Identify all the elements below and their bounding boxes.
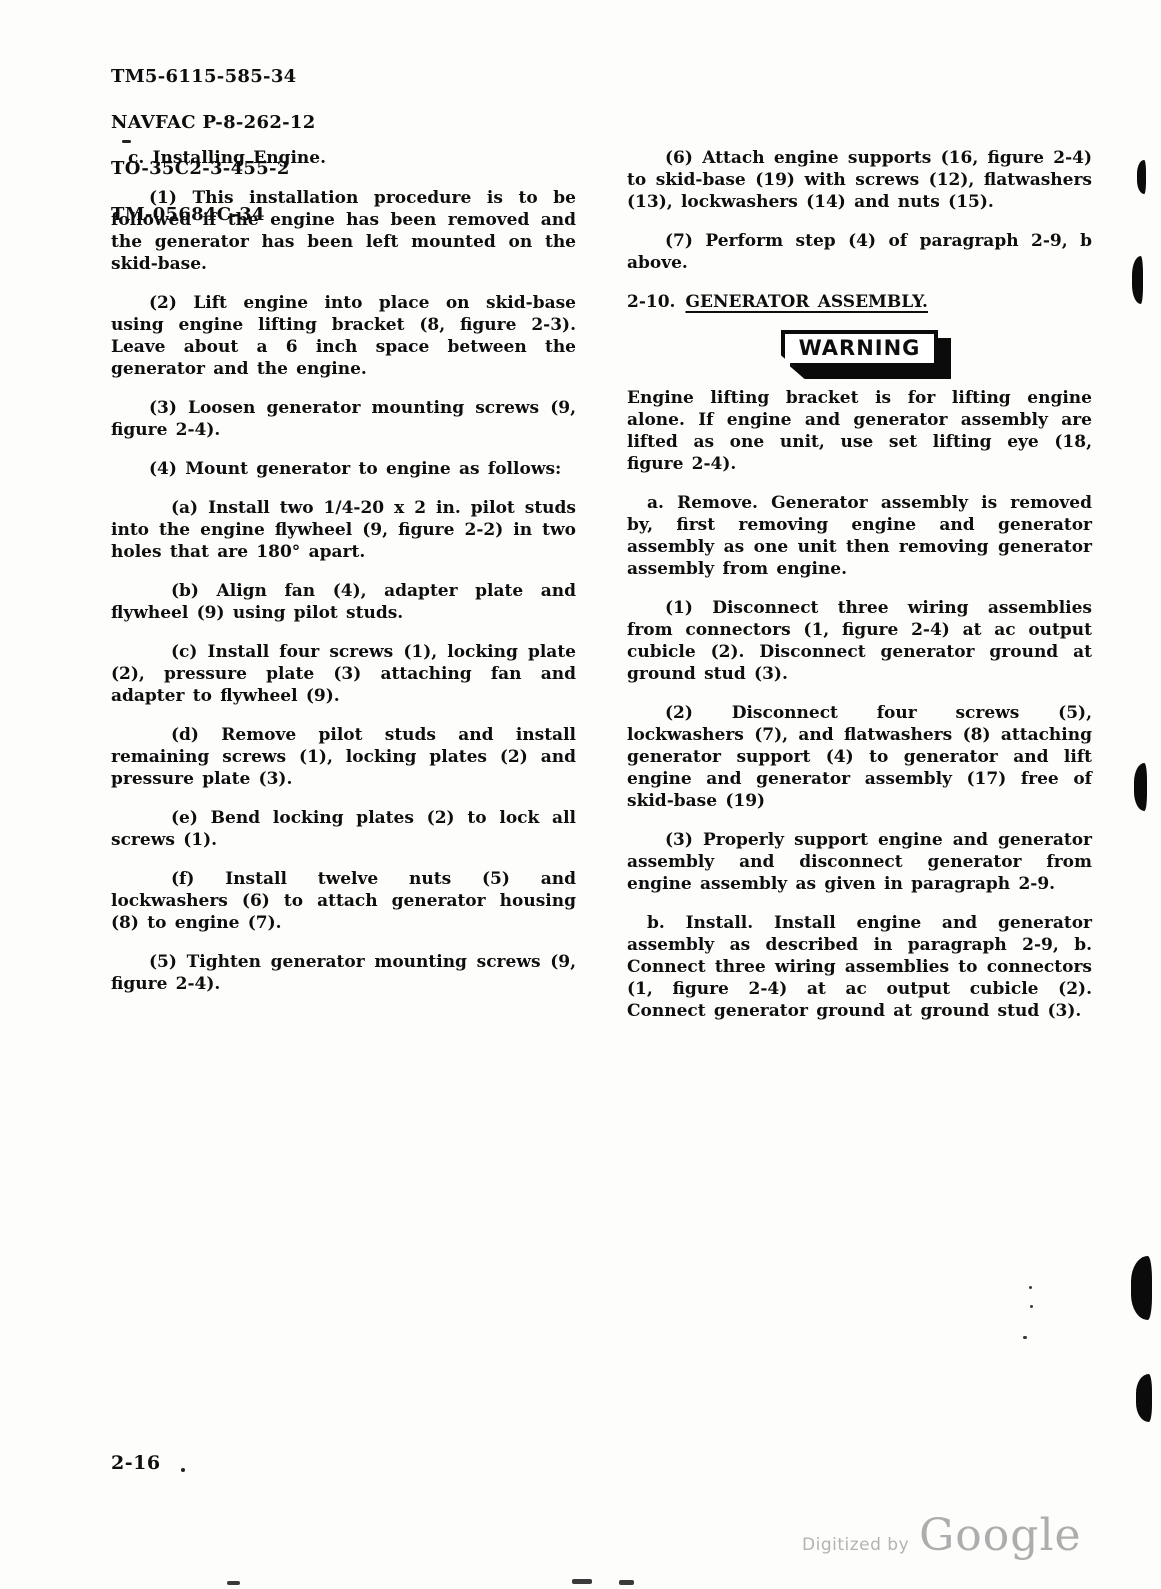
- paragraph: (c) Install four screws (1), locking pla…: [111, 641, 576, 707]
- paragraph: (2) Lift engine into place on skid-base …: [111, 292, 576, 380]
- scan-artifact: [1136, 1374, 1152, 1422]
- subsection-heading: c. Installing Engine.: [111, 147, 576, 169]
- scan-artifact: [122, 140, 131, 143]
- scan-artifact: [1030, 1305, 1033, 1308]
- scan-artifact: [1134, 763, 1147, 811]
- page-number: 2-16: [111, 1452, 161, 1474]
- scan-artifact: [1023, 1336, 1027, 1339]
- scan-artifact: [181, 1468, 185, 1472]
- scan-artifact: [572, 1579, 592, 1584]
- manual-number-line: TM5-6115-585-34: [111, 65, 316, 88]
- section-number: 2-10.: [627, 292, 675, 312]
- paragraph: (b) Align fan (4), adapter plate and fly…: [111, 580, 576, 624]
- paragraph: (f) Install twelve nuts (5) and lockwash…: [111, 868, 576, 934]
- warning-box-container: WARNING: [627, 330, 1092, 367]
- warning-box: WARNING: [781, 330, 939, 367]
- paragraph: a. Remove. Generator assembly is removed…: [627, 492, 1092, 580]
- paragraph: (1) Disconnect three wiring assemblies f…: [627, 597, 1092, 685]
- scan-artifact: [619, 1580, 634, 1585]
- watermark-prefix: Digitized by: [802, 1535, 909, 1555]
- scan-artifact: [1131, 1256, 1152, 1320]
- paragraph: (3) Properly support engine and generato…: [627, 829, 1092, 895]
- paragraph: (2) Disconnect four screws (5), lockwash…: [627, 702, 1092, 812]
- paragraph: (7) Perform step (4) of paragraph 2-9, b…: [627, 230, 1092, 274]
- paragraph: (d) Remove pilot studs and install remai…: [111, 724, 576, 790]
- manual-number-line: NAVFAC P-8-262-12: [111, 111, 316, 134]
- section-title: GENERATOR ASSEMBLY.: [685, 292, 928, 312]
- paragraph: (4) Mount generator to engine as follows…: [111, 458, 576, 480]
- right-column: (6) Attach engine supports (16, figure 2…: [627, 147, 1092, 1039]
- paragraph: (a) Install two 1/4-20 x 2 in. pilot stu…: [111, 497, 576, 563]
- warning-label: WARNING: [781, 330, 939, 367]
- digitized-by-google-watermark: Digitized by Google: [802, 1510, 1082, 1561]
- paragraph: (5) Tighten generator mounting screws (9…: [111, 951, 576, 995]
- manual-page: TM5-6115-585-34 NAVFAC P-8-262-12 TO-35C…: [0, 0, 1161, 1589]
- scan-artifact: [1029, 1286, 1032, 1289]
- scan-artifact: [227, 1581, 240, 1585]
- paragraph: (e) Bend locking plates (2) to lock all …: [111, 807, 576, 851]
- warning-text: Engine lifting bracket is for lifting en…: [627, 387, 1092, 475]
- scan-artifact: [1132, 256, 1143, 304]
- paragraph: b. Install. Install engine and generator…: [627, 912, 1092, 1022]
- left-column: c. Installing Engine. (1) This installat…: [111, 147, 576, 1012]
- paragraph: (3) Loosen generator mounting screws (9,…: [111, 397, 576, 441]
- paragraph: (1) This installation procedure is to be…: [111, 187, 576, 275]
- paragraph: (6) Attach engine supports (16, figure 2…: [627, 147, 1092, 213]
- google-logo-text: Google: [919, 1510, 1081, 1561]
- section-heading: 2-10.GENERATOR ASSEMBLY.: [627, 291, 1092, 313]
- scan-artifact: [1137, 160, 1146, 194]
